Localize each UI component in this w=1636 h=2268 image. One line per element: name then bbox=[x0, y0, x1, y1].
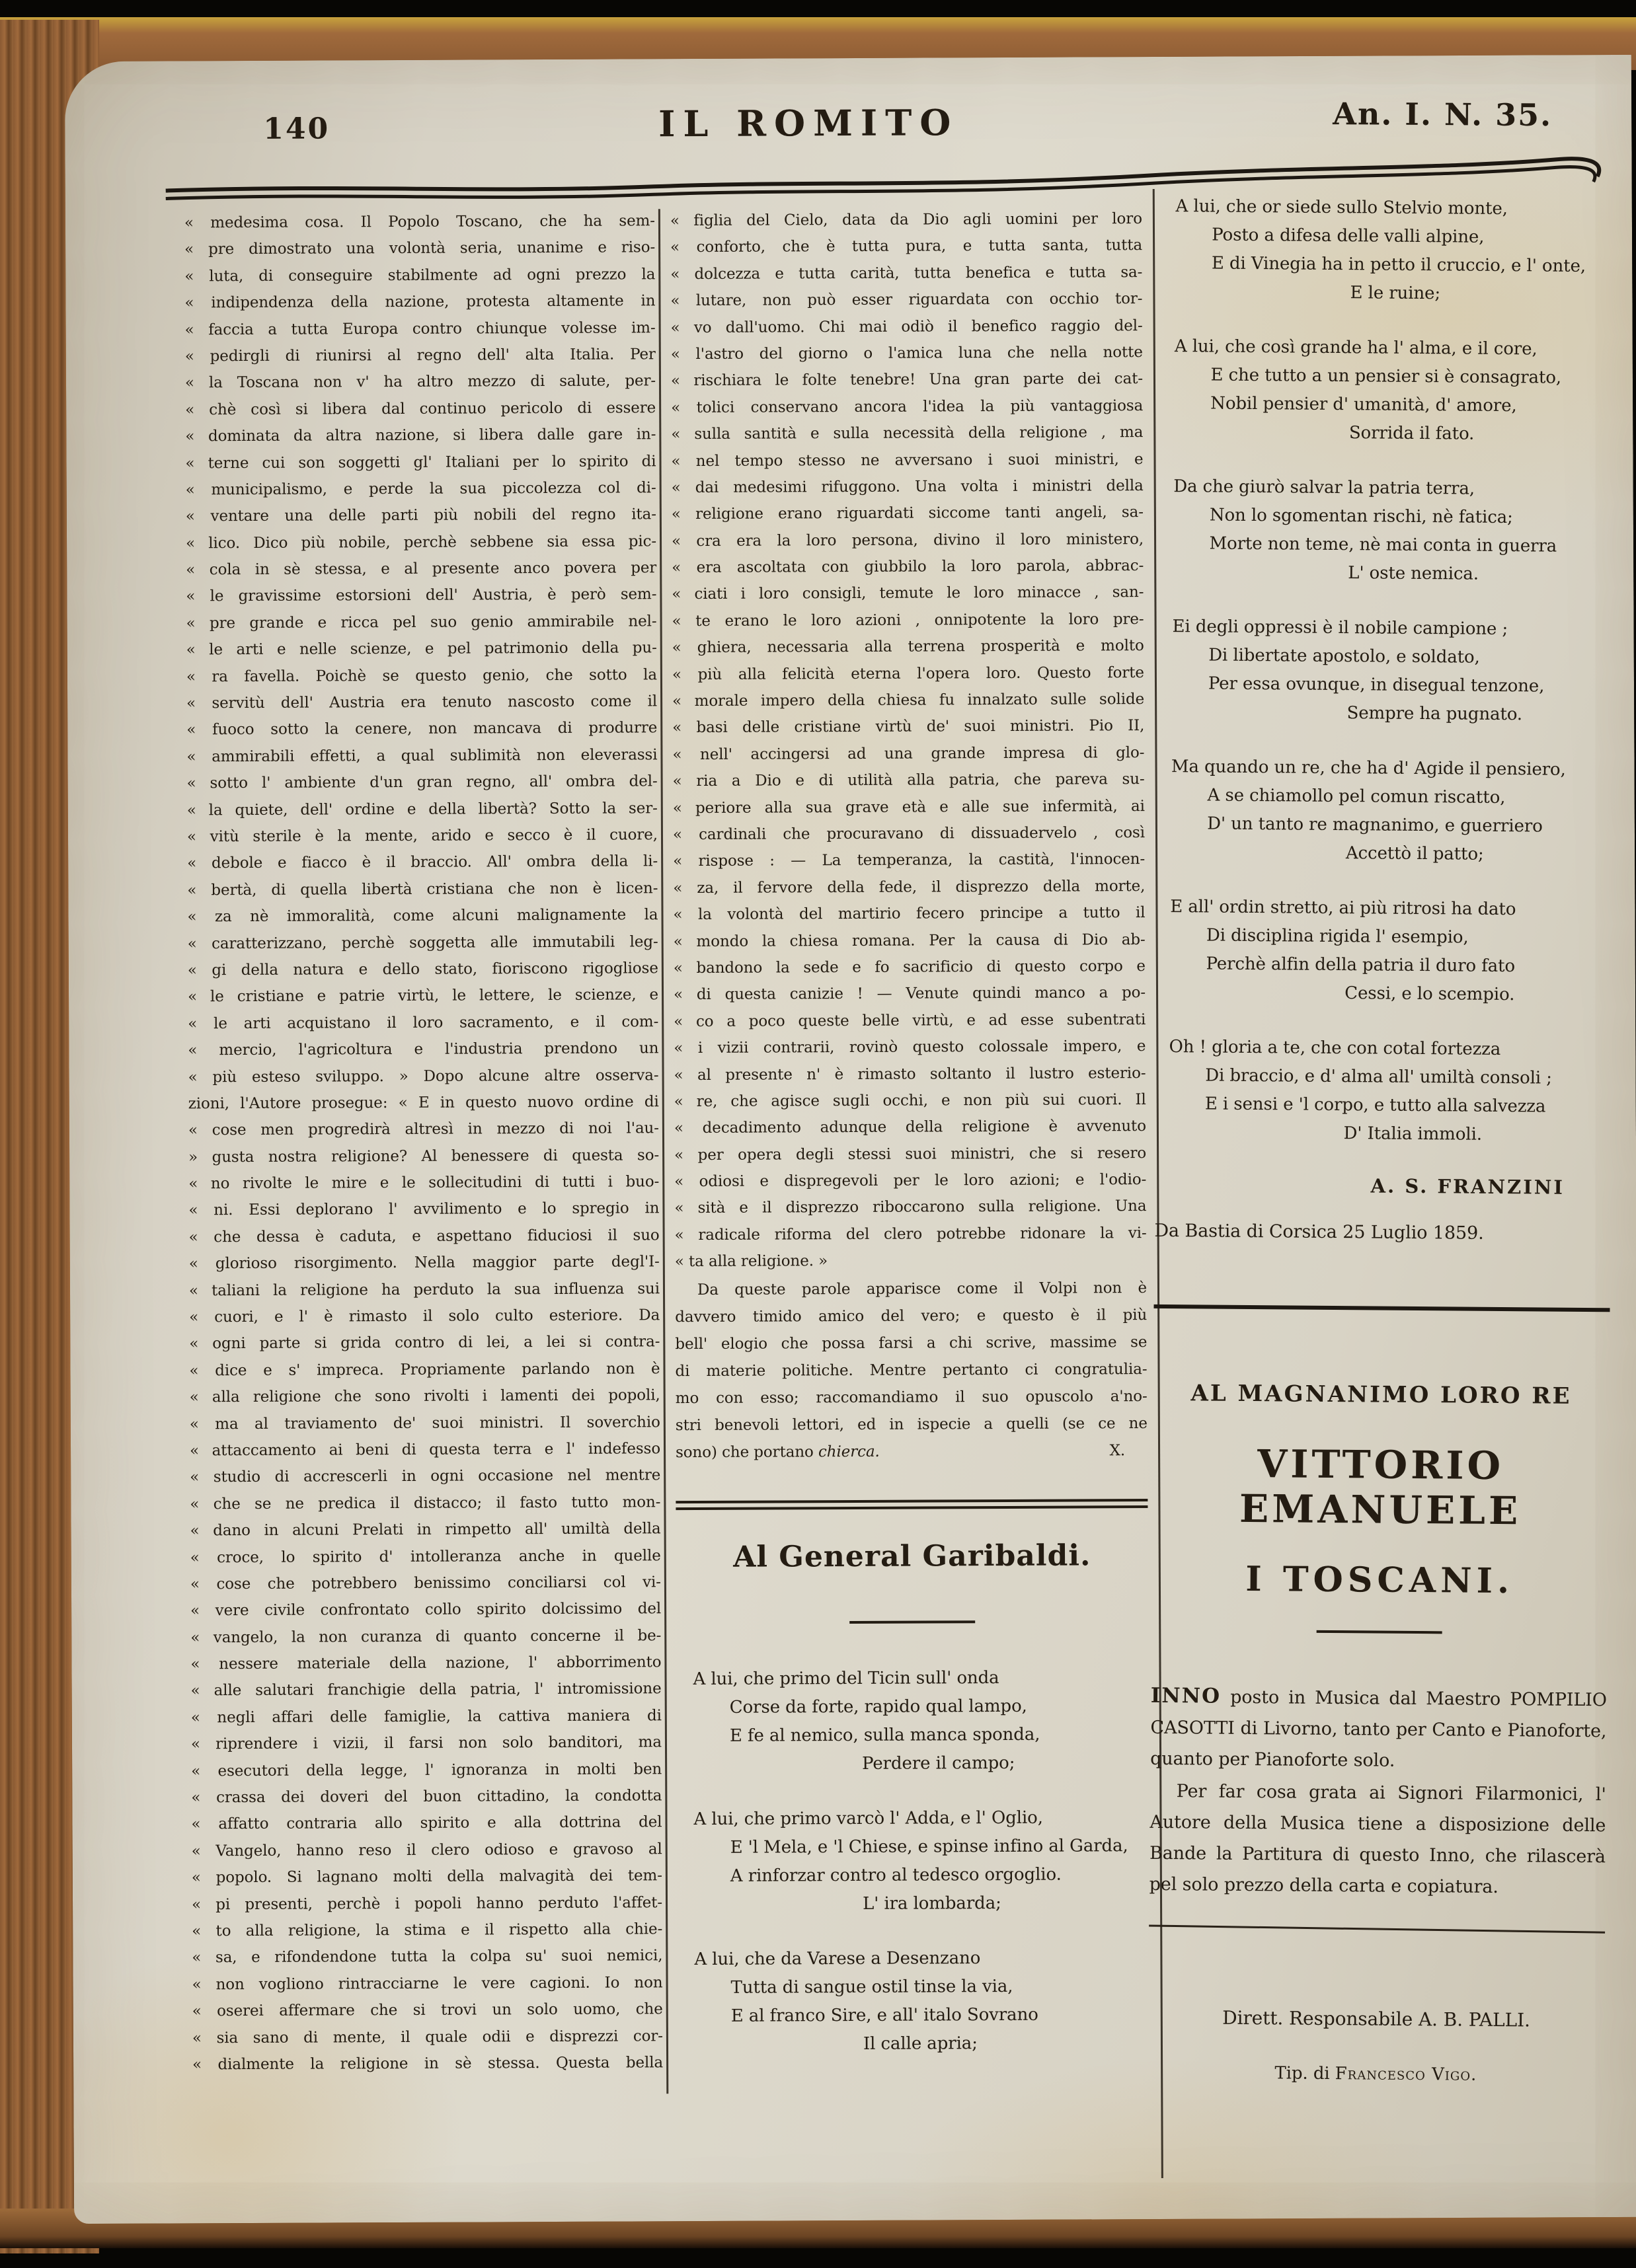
text-line: di materie politiche. Mentre pertanto ci… bbox=[675, 1356, 1147, 1385]
text-line: « vere civile confrontato collo spirito … bbox=[190, 1596, 661, 1624]
text-line: « ma al traviamento de' suoi ministri. I… bbox=[190, 1409, 660, 1437]
poem-line: Cessi, e lo scempio. bbox=[1169, 978, 1612, 1010]
text-line: « basi delle cristiane virtù de' suoi mi… bbox=[672, 712, 1144, 741]
poem-line: Di libertate apostolo, e soldato, bbox=[1172, 641, 1615, 673]
poem-stanza: A lui, che or siede sullo Stelvio monte,… bbox=[1175, 192, 1618, 309]
text-line: « la Toscana non v' ha altro mezzo di sa… bbox=[185, 368, 656, 397]
text-line: bell' elogio che possa farsi a chi scriv… bbox=[675, 1329, 1147, 1358]
poem-line: E all' ordin stretto, ai più ritrosi ha … bbox=[1170, 893, 1613, 925]
text-line: « cola in sè stessa, e al presente anco … bbox=[186, 554, 656, 583]
text-line: « indipendenza della nazione, protesta a… bbox=[184, 287, 655, 316]
text-line: « le cristiane e patrie virtù, le letter… bbox=[188, 982, 658, 1010]
text-line: « cose che potrebbero benissimo concilia… bbox=[190, 1569, 661, 1597]
text-line: « radicale riforma del clero potrebbe ri… bbox=[675, 1220, 1147, 1249]
poem-line: Da che giurò salvar la patria terra, bbox=[1173, 472, 1616, 504]
ad-paragraph-2: Per far cosa grata ai Signori Filarmonic… bbox=[1149, 1776, 1606, 1903]
poem-stanza: A lui, che primo varcò l' Adda, e l' Ogl… bbox=[693, 1803, 1149, 1919]
poem-line: D' un tanto re magnanimo, e guerriero bbox=[1171, 810, 1614, 841]
section-double-rule bbox=[676, 1499, 1148, 1510]
poem-column-2: A lui, che primo del Ticin sull' ondaCor… bbox=[676, 1663, 1150, 2059]
poem-line: E al franco Sire, e all' italo Sovrano bbox=[695, 2000, 1150, 2031]
text-line: « era ascoltata con giubbilo la loro par… bbox=[672, 552, 1144, 582]
article-column-2: « figlia del Cielo, data da Dio agli uom… bbox=[670, 206, 1150, 2086]
text-line: « ra favella. Poichè se questo genio, ch… bbox=[186, 661, 657, 690]
poem-line: A lui, che da Varese a Desenzano bbox=[694, 1944, 1149, 1974]
poem-line: Perdere il campo; bbox=[693, 1749, 1149, 1779]
text-line: « to alla religione, la stima e il rispe… bbox=[192, 1916, 662, 1944]
poem-title: Al General Garibaldi. bbox=[676, 1538, 1148, 1574]
text-line: « re, che agisce sugli occhi, e non più … bbox=[674, 1086, 1146, 1115]
text-line: « nessere materiale della nazione, l' ab… bbox=[190, 1649, 661, 1677]
text-line: « le arti acquistano il loro sacramento,… bbox=[188, 1008, 658, 1037]
text-line: « affatto contraria allo spirito e alla … bbox=[191, 1809, 662, 1838]
poem-line: E fe al nemico, sulla manca sponda, bbox=[693, 1720, 1149, 1751]
text-line: « terne cui son soggetti gl' Italiani pe… bbox=[185, 448, 656, 476]
text-line: « per opera degli stessi suoi ministri, … bbox=[674, 1140, 1146, 1169]
text-line: « che se ne predica il distacco; il fast… bbox=[190, 1489, 660, 1517]
text-line: « studio di accrescerli in ogni occasion… bbox=[190, 1462, 660, 1491]
imprint-rule bbox=[1149, 1924, 1605, 1933]
text-line: stri benevoli lettori, ed in ispecie a q… bbox=[676, 1410, 1148, 1439]
text-line: davvero timido amico del vero; e questo … bbox=[675, 1302, 1147, 1331]
text-line: « pedirgli di riunirsi al regno dell' al… bbox=[185, 341, 656, 369]
poem-line: Nobil pensier d' umanità, d' amore, bbox=[1174, 389, 1617, 421]
poem-line: Posto a difesa delle valli alpine, bbox=[1175, 221, 1618, 252]
text-line: « decadimento adunque della religione è … bbox=[674, 1113, 1146, 1142]
poem-line: A lui, che così grande ha l' alma, e il … bbox=[1175, 332, 1617, 364]
text-line: « servitù dell' Austria era tenuto nasco… bbox=[186, 688, 657, 716]
text-line: « cra era la loro persona, divino il lor… bbox=[672, 526, 1144, 555]
poem-stanza: A lui, che primo del Ticin sull' ondaCor… bbox=[693, 1663, 1149, 1779]
poem-line: A rinforzar contro al tedesco orgoglio. bbox=[694, 1860, 1149, 1891]
text-line: « te erano le loro azioni , onnipotente … bbox=[672, 606, 1144, 635]
ad-heading-dedication: AL MAGNANIMO LORO RE bbox=[1153, 1380, 1609, 1410]
article-column-3: A lui, che or siede sullo Stelvio monte,… bbox=[1148, 192, 1618, 2086]
poem-line: A se chiamollo pel comun riscatto, bbox=[1171, 781, 1614, 813]
text-line: « attaccamento ai beni di questa terra e… bbox=[190, 1435, 660, 1464]
text-line: « i vizii contrarii, rovinò questo colos… bbox=[674, 1033, 1146, 1062]
newspaper-page: 140 IL ROMITO An. I. N. 35. « medesima c… bbox=[65, 55, 1636, 2224]
poem-line: Corse da forte, rapido qual lampo, bbox=[693, 1692, 1149, 1722]
text-line: « ghiera, necessaria alla terrena prospe… bbox=[672, 632, 1144, 661]
text-line: « tolici conservano ancora l'idea la più… bbox=[671, 393, 1143, 422]
poem-line: Il calle apria; bbox=[695, 2029, 1150, 2059]
text-line: « taliani la religione ha perduto la sua… bbox=[189, 1275, 660, 1304]
poem-stanza: E all' ordin stretto, ai più ritrosi ha … bbox=[1169, 893, 1613, 1010]
text-line: « sia sano di mente, il quale odii e dis… bbox=[192, 2023, 663, 2051]
poem-line: Non lo sgomentan rischi, nè fatica; bbox=[1173, 501, 1616, 533]
poem-line: E che tutto a un pensier si è consagrato… bbox=[1174, 361, 1617, 393]
text-line: « la quiete, dell' ordine e della libert… bbox=[187, 795, 658, 823]
text-line: « figlia del Cielo, data da Dio agli uom… bbox=[670, 206, 1142, 235]
ad-inno-word: INNO bbox=[1151, 1684, 1221, 1708]
text-line: « luta, di conseguire stabilmente ad ogn… bbox=[184, 261, 655, 289]
editorial-paragraph: Da queste parole apparisce come il Volpi… bbox=[675, 1275, 1148, 1439]
text-line: « sulla santità e sulla necessità della … bbox=[671, 419, 1143, 448]
editorial-last-line: sono) che portano chierca. X. bbox=[676, 1437, 1148, 1466]
poem-line: Di disciplina rigida l' esempio, bbox=[1170, 921, 1613, 953]
text-line: « caratterizzano, perchè soggetta alle i… bbox=[188, 928, 658, 957]
text-line: « lico. Dico più nobile, perchè sebbene … bbox=[186, 528, 656, 556]
text-line: « che dessa è caduta, e aspettano fiduci… bbox=[189, 1222, 660, 1250]
text-line: « gi della natura e dello stato, fiorisc… bbox=[188, 955, 658, 983]
poem-line: A lui, che primo varcò l' Adda, e l' Ogl… bbox=[693, 1803, 1149, 1834]
text-line: « dolcezza e tutta carità, tutta benefic… bbox=[670, 259, 1142, 288]
poem-line: Sempre ha pugnato. bbox=[1171, 698, 1614, 730]
text-line: « la volontà del martirio fecero princip… bbox=[673, 899, 1145, 928]
poem-line: Di braccio, e d' alma all' umiltà consol… bbox=[1169, 1061, 1612, 1093]
text-line: » gusta nostra religione? Al benessere d… bbox=[188, 1142, 659, 1170]
text-line: « dominata da altra nazione, si libera d… bbox=[185, 421, 656, 449]
text-line: « le gravissime estorsioni dell' Austria… bbox=[186, 582, 656, 610]
poem-line: Per essa ovunque, in disegual tenzone, bbox=[1172, 669, 1615, 701]
text-line: « bertà, di quella libertà cristiana che… bbox=[187, 875, 658, 903]
poem-column-3: A lui, che or siede sullo Stelvio monte,… bbox=[1155, 192, 1618, 1150]
scanned-newspaper-photo: 140 IL ROMITO An. I. N. 35. « medesima c… bbox=[0, 0, 1636, 2268]
text-line: « morale impero della chiesa fu innalzat… bbox=[672, 686, 1144, 715]
text-line: mo con esso; raccomandiamo il suo opusco… bbox=[676, 1383, 1148, 1412]
text-line: « pre grande e ricca pel suo genio ammir… bbox=[186, 608, 656, 636]
text-line: « bandono la sede e fo sacrificio di que… bbox=[674, 953, 1146, 982]
text-line: « faccia a tutta Europa contro chiunque … bbox=[185, 315, 656, 343]
ad-heading-rule bbox=[1317, 1630, 1442, 1634]
poem-line: Oh ! gloria a te, che con cotal fortezza bbox=[1169, 1033, 1612, 1065]
text-line: « ria a Dio e di utilità alla patria, ch… bbox=[673, 766, 1145, 795]
text-line: « croce, lo spirito d' intolleranza anch… bbox=[190, 1542, 661, 1571]
text-line: « periore alla sua grave età e alle sue … bbox=[673, 793, 1145, 822]
text-line: « più alla felicità eterna l'opera loro.… bbox=[672, 660, 1144, 689]
text-line: « rischiara le folte tenebre! Una gran p… bbox=[671, 365, 1143, 395]
text-line: « non vogliono rintracciarne le vere cag… bbox=[192, 1969, 662, 1998]
text-line: Da queste parole apparisce come il Volpi… bbox=[675, 1275, 1147, 1304]
poem-stanza: Ei degli oppressi è il nobile campione ;… bbox=[1171, 613, 1615, 730]
poem-line: D' Italia immoli. bbox=[1168, 1118, 1611, 1150]
text-line: « popolo. Si lagnano molti della malvagi… bbox=[192, 1862, 662, 1891]
text-line: « esecutori della legge, l' ignoranza in… bbox=[191, 1756, 662, 1784]
text-line: zioni, l'Autore prosegue: « E in questo … bbox=[188, 1088, 659, 1117]
poem-signature: A. S. FRANZINI bbox=[1155, 1173, 1611, 1199]
imprint-printer: Tip. di Francesco Vigo. bbox=[1148, 2062, 1604, 2086]
text-line: « ni. Essi deplorano l' avvilimento e lo… bbox=[188, 1195, 659, 1224]
poem-stanza: Ma quando un re, che ha d' Agide il pens… bbox=[1171, 753, 1614, 870]
text-line: « cuori, e l' è rimasto il solo culto es… bbox=[189, 1302, 660, 1330]
text-line: « cose men progredirà altresì in mezzo d… bbox=[188, 1115, 659, 1144]
text-line: « mercio, l'agricoltura e l'industria pr… bbox=[188, 1035, 658, 1063]
text-line: « dice e s' impreca. Propriamente parlan… bbox=[189, 1355, 660, 1384]
text-line: « dano in alcuni Prelati in rimpetto all… bbox=[190, 1515, 660, 1544]
text-line: « co a poco queste belle virtù, e ad ess… bbox=[674, 1006, 1146, 1036]
text-line: « lutare, non può esser riguardata con o… bbox=[670, 285, 1142, 315]
text-line: « crassa dei doveri del buon cittadino, … bbox=[191, 1782, 662, 1811]
text-line: « vangelo, la non curanza di quanto conc… bbox=[190, 1622, 661, 1651]
poem-line: E i sensi e 'l corpo, e tutto alla salve… bbox=[1169, 1090, 1612, 1121]
text-line: « le arti e nelle scienze, e pel patrimo… bbox=[186, 635, 657, 663]
quoted-text-block-2: « figlia del Cielo, data da Dio agli uom… bbox=[670, 206, 1147, 1275]
poem-line: E le ruine; bbox=[1175, 278, 1617, 309]
text-line: « sotto l' ambiente d'un gran regno, all… bbox=[187, 768, 658, 796]
poem-line: A lui, che primo del Ticin sull' onda bbox=[693, 1663, 1148, 1694]
text-line: « pre dimostrato una volontà seria, unan… bbox=[184, 235, 655, 263]
poem-line: Perchè alfin della patria il duro fato bbox=[1169, 950, 1612, 981]
text-line: « vitù sterile è la mente, arido e secco… bbox=[187, 821, 658, 850]
text-line: « più esteso sviluppo. » Dopo alcune alt… bbox=[188, 1062, 658, 1090]
text-line: « cardinali che procuravano di dissuader… bbox=[673, 819, 1145, 849]
text-line: « municipalismo, e perde la sua piccolez… bbox=[186, 474, 656, 503]
text-line: « l'astro del giorno o l'amica luna che … bbox=[671, 339, 1143, 368]
text-line: « di questa canizie ! — Venute quindi ma… bbox=[674, 979, 1146, 1008]
text-line: « negli affari delle famiglie, la cattiv… bbox=[191, 1702, 662, 1731]
text-line: « za, il fervore della fede, il disprezz… bbox=[673, 873, 1145, 902]
ad-heading-name: VITTORIO EMANUELE bbox=[1152, 1441, 1609, 1534]
text-line: « al presente n' è rimasto soltanto il l… bbox=[674, 1060, 1146, 1089]
poem-line: L' ira lombarda; bbox=[694, 1889, 1149, 1919]
text-line: « conforto, che è tutta pura, e tutta sa… bbox=[670, 232, 1142, 261]
text-line: « medesima cosa. Il Popolo Toscano, che … bbox=[184, 208, 655, 236]
poem-stanza: Da che giurò salvar la patria terra,Non … bbox=[1173, 472, 1616, 589]
text-line: « no rivolte le mire e le sollecitudini … bbox=[188, 1168, 659, 1197]
ad-paragraph-1: INNO posto in Musica dal Maestro POMPILI… bbox=[1150, 1681, 1607, 1778]
text-line: « mondo la chiesa romana. Per la causa d… bbox=[674, 926, 1146, 956]
poem-line: Tutta di sangue ostil tinse la via, bbox=[695, 1972, 1150, 2002]
poem-dateline: Da Bastia di Corsica 25 Luglio 1859. bbox=[1154, 1221, 1610, 1244]
poem-stanza: A lui, che da Varese a DesenzanoTutta di… bbox=[694, 1944, 1150, 2059]
text-line: « nell' accingersi ad una grande impresa… bbox=[672, 739, 1144, 769]
text-line: « oserei affermare che si trovi un solo … bbox=[192, 1996, 663, 2024]
text-line: « riprendere i vizii, il farsi non solo … bbox=[191, 1729, 662, 1758]
poem-line: Morte non teme, nè mai conta in guerra bbox=[1173, 529, 1616, 561]
poem-line: Accettò il patto; bbox=[1171, 838, 1614, 870]
text-line: « ogni parte si grida contro di lei, a l… bbox=[189, 1329, 660, 1357]
poem-line: E di Vinegia ha in petto il cruccio, e l… bbox=[1175, 249, 1618, 281]
poem-line: E 'l Mela, e 'l Chiese, e spinse infino … bbox=[694, 1832, 1149, 1862]
poem-line: A lui, che or siede sullo Stelvio monte, bbox=[1175, 192, 1618, 224]
article-column-1: « medesima cosa. Il Popolo Toscano, che … bbox=[184, 208, 663, 2078]
issue-number: An. I. N. 35. bbox=[1333, 96, 1552, 133]
ad-heading-subject: I TOSCANI. bbox=[1151, 1558, 1608, 1602]
poem-line: Ei degli oppressi è il nobile campione ; bbox=[1172, 613, 1615, 644]
text-line: « chè così si libera dal continuo perico… bbox=[185, 395, 656, 423]
poem-stanza: A lui, che così grande ha l' alma, e il … bbox=[1174, 332, 1617, 449]
quoted-text-block-1: « medesima cosa. Il Popolo Toscano, che … bbox=[184, 208, 663, 2078]
text-line: « ammirabili effetti, a qual sublimità n… bbox=[186, 741, 657, 770]
poem-title-rule bbox=[849, 1620, 975, 1624]
text-line: « ventare una delle parti più nobili del… bbox=[186, 502, 656, 530]
text-line: « debole e fiacco è il braccio. All' omb… bbox=[187, 849, 658, 877]
poem-line: L' oste nemica. bbox=[1173, 558, 1616, 589]
text-line: « dialmente la religione in sè stessa. Q… bbox=[192, 2049, 663, 2078]
text-line: « sa, e rifondendone tutta la colpa su' … bbox=[192, 1943, 662, 1971]
text-line: « alle salutari franchigie della patria,… bbox=[191, 1676, 662, 1704]
ad-top-rule bbox=[1153, 1304, 1610, 1312]
text-line: « fuoco sotto la cenere, non mancava di … bbox=[186, 715, 657, 743]
text-line: « pi presenti, perchè i popoli hanno per… bbox=[192, 1889, 662, 1918]
text-line: « dai medesimi rifuggono. Una volta i mi… bbox=[672, 472, 1144, 502]
text-line: « Vangelo, hanno reso il clero odioso e … bbox=[192, 1836, 662, 1864]
poem-line: Sorrida il fato. bbox=[1174, 418, 1617, 449]
text-line: « rispose : — La temperanza, la castità,… bbox=[673, 846, 1145, 875]
text-line: « alla religione che sono rivolti i lame… bbox=[190, 1382, 660, 1410]
poem-stanza: Oh ! gloria a te, che con cotal fortezza… bbox=[1168, 1033, 1612, 1150]
text-line: « vo dall'uomo. Chi mai odiò il benefico… bbox=[671, 313, 1143, 342]
author-initial: X. bbox=[1109, 1437, 1125, 1464]
text-line: « ciati i loro consigli, temute le loro … bbox=[672, 580, 1144, 609]
text-line: « nel tempo stesso ne avversano i suoi m… bbox=[671, 446, 1143, 475]
text-line: « za nè immoralità, come alcuni malignam… bbox=[187, 901, 658, 930]
text-line: « glorioso risorgimento. Nella maggior p… bbox=[189, 1249, 660, 1277]
text-line: « ta alla religione. » bbox=[675, 1246, 1147, 1275]
text-line: « odiosi e dispregevoli per le loro azio… bbox=[674, 1166, 1146, 1195]
imprint-director: Dirett. Responsabile A. B. PALLI. bbox=[1148, 2006, 1604, 2031]
poem-line: Ma quando un re, che ha d' Agide il pens… bbox=[1171, 753, 1614, 784]
text-line: « sità e il disprezzo riboccarono sulla … bbox=[674, 1193, 1146, 1223]
text-line: « religione erano riguardati siccome tan… bbox=[672, 499, 1144, 528]
